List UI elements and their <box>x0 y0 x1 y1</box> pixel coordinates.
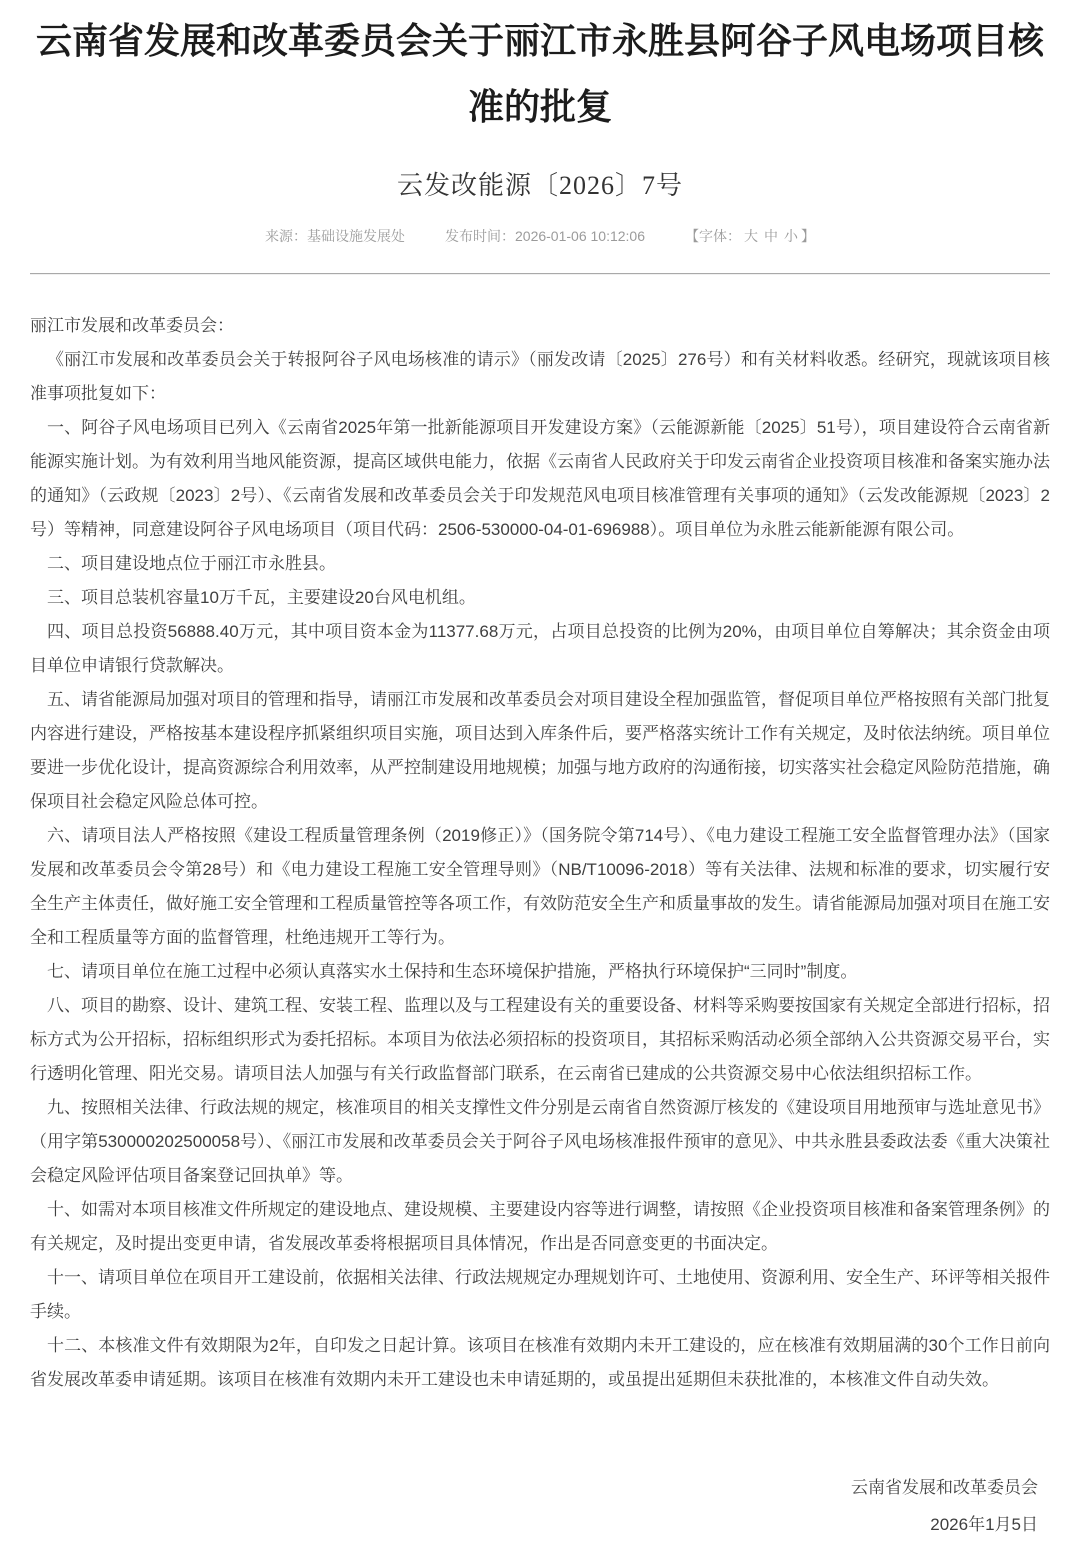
body-paragraph-8: 八、项目的勘察、设计、建筑工程、安装工程、监理以及与工程建设有关的重要设备、材料… <box>30 989 1050 1091</box>
font-size-large-link[interactable]: 大 <box>744 228 758 244</box>
font-label-close: 】 <box>801 228 815 244</box>
body-paragraph-9: 九、按照相关法律、行政法规的规定，核准项目的相关支撑性文件分别是云南省自然资源厅… <box>30 1091 1050 1193</box>
meta-source: 来源：基础设施发展处 <box>265 226 405 246</box>
body-paragraph-5: 五、请省能源局加强对项目的管理和指导，请丽江市发展和改革委员会对项目建设全程加强… <box>30 683 1050 819</box>
body-paragraph-12: 十二、本核准文件有效期限为2年，自印发之日起计算。该项目在核准有效期内未开工建设… <box>30 1329 1050 1397</box>
body-paragraph-6: 六、请项目法人严格按照《建设工程质量管理条例（2019修正）》（国务院令第714… <box>30 819 1050 955</box>
divider <box>30 273 1050 275</box>
font-size-medium-link[interactable]: 中 <box>764 228 778 244</box>
page-title: 云南省发展和改革委员会关于丽江市永胜县阿谷子风电场项目核准的批复 <box>36 8 1044 140</box>
body-paragraph-2: 二、项目建设地点位于丽江市永胜县。 <box>30 547 1050 581</box>
signature-block: 云南省发展和改革委员会 2026年1月5日 <box>30 1469 1050 1543</box>
meta-source-value: 基础设施发展处 <box>307 228 405 244</box>
signature-date: 2026年1月5日 <box>30 1506 1038 1543</box>
signature-org: 云南省发展和改革委员会 <box>30 1469 1038 1506</box>
body-paragraph-11: 十一、请项目单位在项目开工建设前，依据相关法律、行政法规规定办理规划许可、土地使… <box>30 1261 1050 1329</box>
body-paragraph-10: 十、如需对本项目核准文件所规定的建设地点、建设规模、主要建设内容等进行调整，请按… <box>30 1193 1050 1261</box>
font-label-open: 【字体： <box>685 228 741 244</box>
body-paragraph-1: 一、阿谷子风电场项目已列入《云南省2025年第一批新能源项目开发建设方案》（云能… <box>30 411 1050 547</box>
meta-time-label: 发布时间： <box>445 228 515 244</box>
document-body: 丽江市发展和改革委员会： 《丽江市发展和改革委员会关于转报阿谷子风电场核准的请示… <box>30 309 1050 1397</box>
body-paragraph-3: 三、项目总装机容量10万千瓦，主要建设20台风电机组。 <box>30 581 1050 615</box>
document-page: 云南省发展和改革委员会关于丽江市永胜县阿谷子风电场项目核准的批复 云发改能源〔2… <box>30 8 1050 1561</box>
meta-font-size-control: 【字体：大中小】 <box>685 226 815 246</box>
meta-time-value: 2026-01-06 10:12:06 <box>515 228 645 244</box>
meta-publish-time: 发布时间：2026-01-06 10:12:06 <box>445 226 645 246</box>
body-paragraph-4: 四、项目总投资56888.40万元，其中项目资本金为11377.68万元，占项目… <box>30 615 1050 683</box>
body-paragraph-intro: 《丽江市发展和改革委员会关于转报阿谷子风电场核准的请示》（丽发改请〔2025〕2… <box>30 343 1050 411</box>
salutation: 丽江市发展和改革委员会： <box>30 309 1050 343</box>
meta-bar: 来源：基础设施发展处发布时间：2026-01-06 10:12:06【字体：大中… <box>30 226 1050 246</box>
meta-source-label: 来源： <box>265 228 307 244</box>
font-size-small-link[interactable]: 小 <box>784 228 798 244</box>
body-paragraph-7: 七、请项目单位在施工过程中必须认真落实水土保持和生态环境保护措施，严格执行环境保… <box>30 955 1050 989</box>
doc-number: 云发改能源〔2026〕7号 <box>30 168 1050 204</box>
